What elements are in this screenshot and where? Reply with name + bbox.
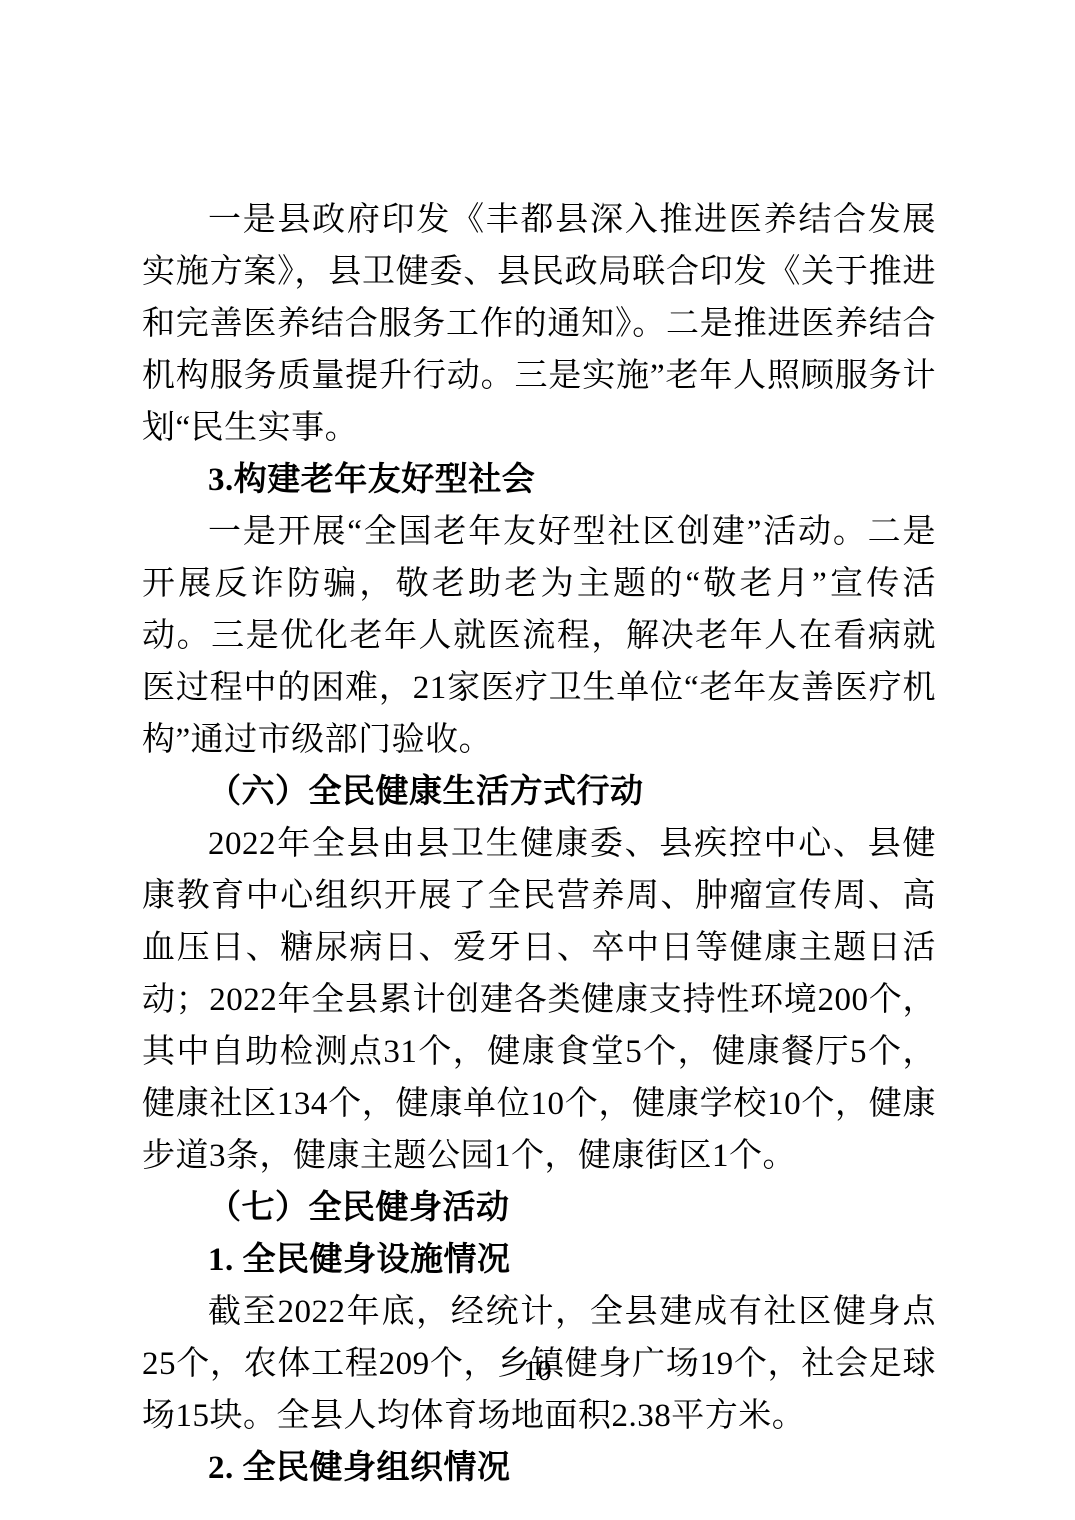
document-body: 一是县政府印发《丰都县深入推进医养结合发展实施方案》，县卫健委、县民政局联合印发… [142, 194, 936, 1494]
section-heading: （七）全民健身活动 [142, 1182, 936, 1234]
body-paragraph: 一是开展“全国老年友好型社区创建”活动。二是开展反诈防骗，敬老助老为主题的“敬老… [142, 506, 936, 766]
document-page: 一是县政府印发《丰都县深入推进医养结合发展实施方案》，县卫健委、县民政局联合印发… [0, 0, 1075, 1520]
subsection-heading: 1. 全民健身设施情况 [142, 1234, 936, 1286]
body-paragraph: 一是县政府印发《丰都县深入推进医养结合发展实施方案》，县卫健委、县民政局联合印发… [142, 194, 936, 454]
body-paragraph: 2022年全县由县卫生健康委、县疾控中心、县健康教育中心组织开展了全民营养周、肿… [142, 818, 936, 1182]
subsection-heading: 2. 全民健身组织情况 [142, 1442, 936, 1494]
section-heading: 3.构建老年友好型社会 [142, 454, 936, 506]
section-heading: （六）全民健康生活方式行动 [142, 766, 936, 818]
page-number: 10 [0, 1352, 1075, 1392]
